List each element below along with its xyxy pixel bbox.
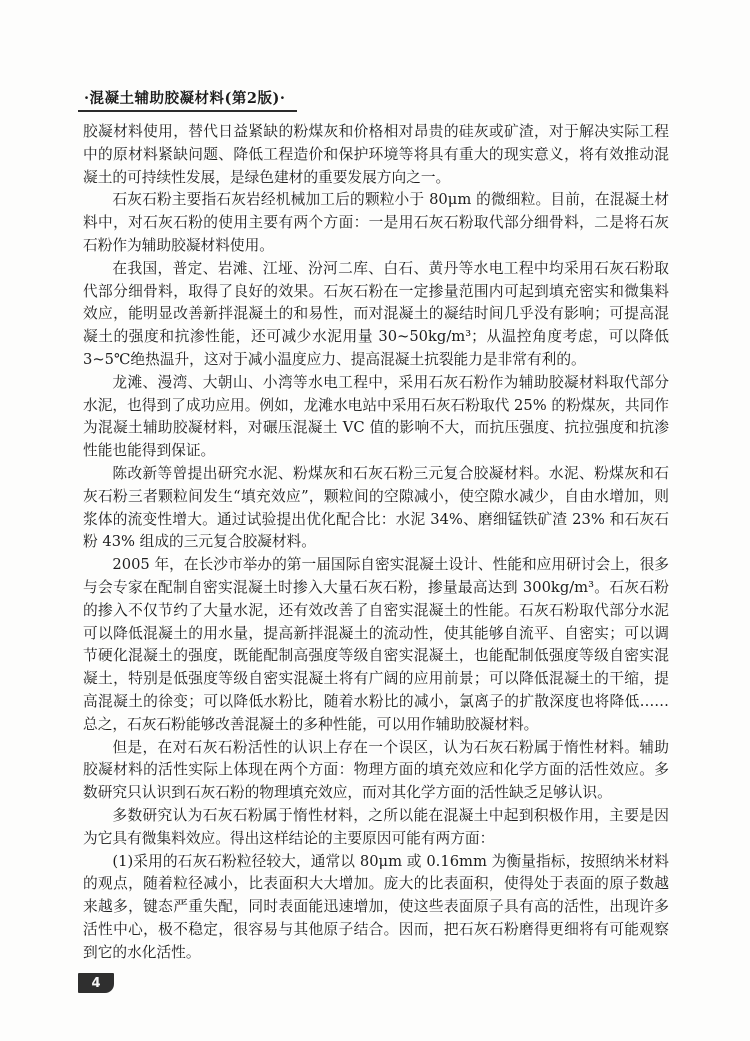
paragraph: 但是，在对石灰石粉活性的认识上存在一个误区，认为石灰石粉属于惰性材料。辅助胶凝材…: [83, 737, 669, 805]
body-text: 胶凝材料使用，替代日益紧缺的粉煤灰和价格相对昂贵的硅灰或矿渣，对于解决实际工程中…: [83, 121, 669, 964]
paragraph: (1)采用的石灰石粉粒径较大，通常以 80μm 或 0.16mm 为衡量指标，按…: [83, 851, 669, 965]
page-number-badge: 4: [78, 973, 114, 993]
scanned-book-page: ·混凝土辅助胶凝材料(第2版)· 胶凝材料使用，替代日益紧缺的粉煤灰和价格相对昂…: [0, 0, 750, 1041]
page-number: 4: [91, 977, 100, 990]
paragraph: 胶凝材料使用，替代日益紧缺的粉煤灰和价格相对昂贵的硅灰或矿渣，对于解决实际工程中…: [83, 121, 669, 189]
paragraph: 陈改新等曾提出研究水泥、粉煤灰和石灰石粉三元复合胶凝材料。水泥、粉煤灰和石灰石粉…: [83, 463, 669, 554]
paragraph: 石灰石粉主要指石灰岩经机械加工后的颗粒小于 80μm 的微细粒。目前，在混凝土材…: [83, 189, 669, 257]
paragraph: 2005 年，在长沙市举办的第一届国际自密实混凝土设计、性能和应用研讨会上，很多…: [83, 554, 669, 736]
paragraph: 多数研究认为石灰石粉属于惰性材料，之所以能在混凝土中起到积极作用，主要是因为它具…: [83, 805, 669, 851]
header-rule: [78, 110, 297, 112]
paragraph: 在我国，普定、岩滩、江垭、汾河二库、白石、黄丹等水电工程中均采用石灰石粉取代部分…: [83, 258, 669, 372]
paragraph: 龙滩、漫湾、大朝山、小湾等水电工程中，采用石灰石粉作为辅助胶凝材料取代部分水泥，…: [83, 372, 669, 463]
running-header: ·混凝土辅助胶凝材料(第2版)·: [84, 87, 285, 108]
